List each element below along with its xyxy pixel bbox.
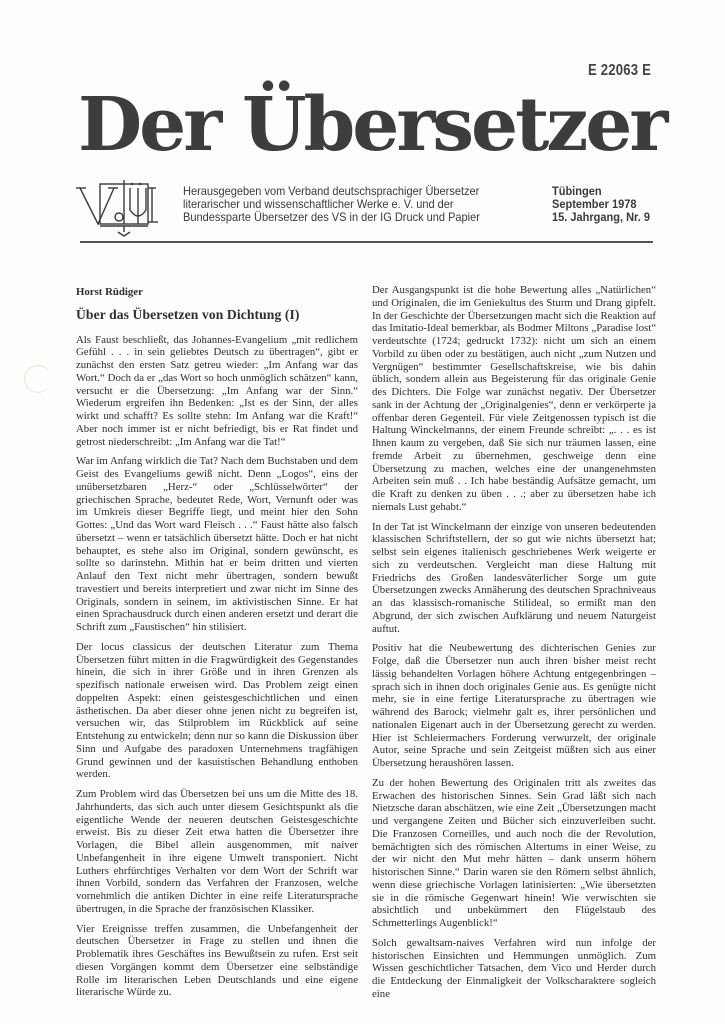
article-author: Horst Rüdiger xyxy=(76,286,358,299)
paragraph: Der locus classicus der deutschen Litera… xyxy=(76,641,358,781)
publisher-line: Herausgegeben vom Verband deutschsprachi… xyxy=(183,185,480,198)
publisher-line: Bundessparte Übersetzer des VS in der IG… xyxy=(183,211,480,224)
paragraph: Vier Ereignisse treffen zusammen, die Un… xyxy=(76,923,358,1000)
paragraph: In der Tat ist Winckelmann der einzige v… xyxy=(372,521,656,636)
paragraph: Der Ausgangspunkt ist die hohe Bewertung… xyxy=(372,284,656,514)
paragraph: Solch gewaltsam-naives Verfahren wird nu… xyxy=(372,937,656,1001)
paragraph: Als Faust beschließt, das Johannes-Evang… xyxy=(76,334,358,449)
article-right-column: Der Ausgangspunkt ist die hohe Bewertung… xyxy=(372,284,656,1008)
issue-date: September 1978 xyxy=(552,198,650,211)
article-title: Über das Übersetzen von Dichtung (I) xyxy=(76,309,358,322)
paragraph: Positiv hat die Neubewertung des dichter… xyxy=(372,642,656,770)
header-divider xyxy=(80,241,653,243)
publication-code: E 22063 E xyxy=(588,62,651,80)
publisher-line: literarischer und wissenschaftlicher Wer… xyxy=(183,198,480,211)
vdu-logo-icon xyxy=(74,178,174,240)
issue-place: Tübingen xyxy=(552,185,650,198)
paragraph: Zum Problem wird das Übersetzen bei uns … xyxy=(76,788,358,916)
article-left-column: Horst Rüdiger Über das Übersetzen von Di… xyxy=(76,284,358,1006)
issue-info: Tübingen September 1978 15. Jahrgang, Nr… xyxy=(552,185,650,225)
masthead-title: Der Übersetzer xyxy=(78,88,665,162)
paragraph: War im Anfang wirklich die Tat? Nach dem… xyxy=(76,455,358,634)
publisher-info: Herausgegeben vom Verband deutschsprachi… xyxy=(183,185,480,225)
punch-hole-mark xyxy=(24,365,52,393)
paragraph: Zu der hohen Bewertung des Originalen tr… xyxy=(372,777,656,930)
issue-number: 15. Jahrgang, Nr. 9 xyxy=(552,211,650,224)
